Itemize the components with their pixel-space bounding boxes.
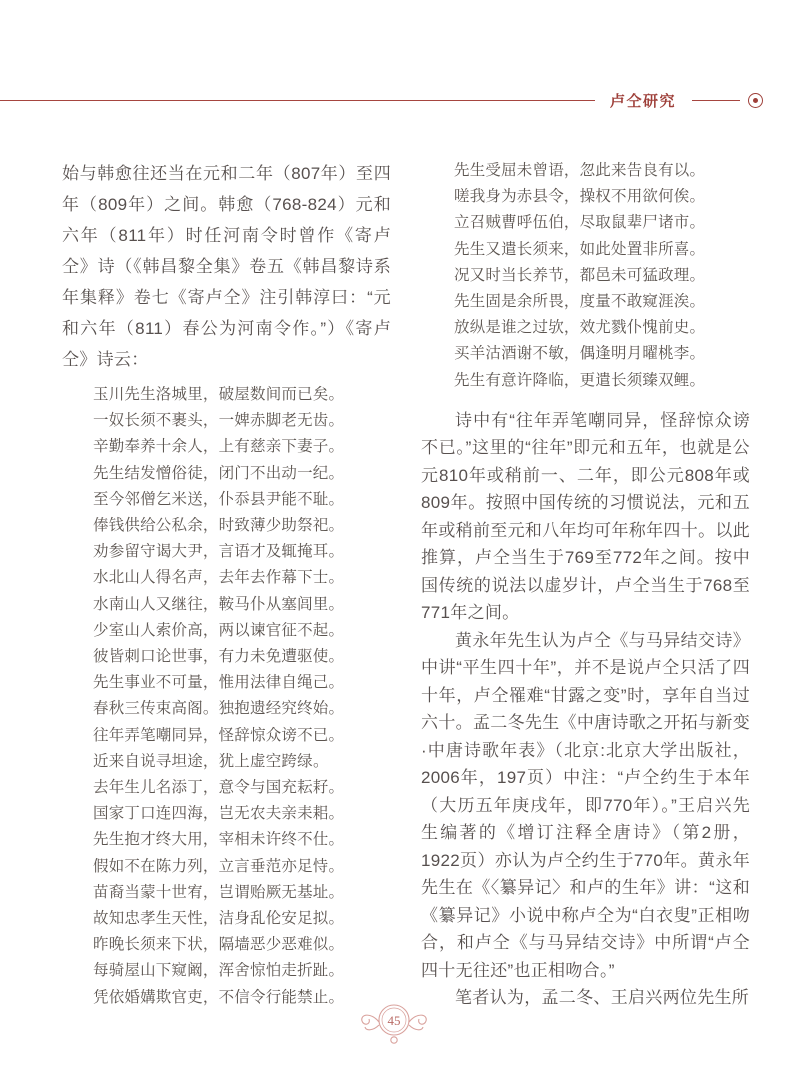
poem-line: 先生结发憎俗徒，闭门不出动一纪。 (93, 461, 391, 487)
poem-line: 至今邻僧乞米送，仆忝县尹能不耻。 (93, 487, 391, 513)
poem-line: 假如不在陈力列，立言垂范亦足恃。 (93, 854, 391, 880)
poem-line: 立召贼曹呼伍伯，尽取鼠辈尸诸市。 (454, 210, 750, 236)
poem-line: 先生固是余所畏，度量不敢窥涯涘。 (454, 289, 750, 315)
header-rule-long (0, 100, 595, 101)
poem-line: 玉川先生洛城里，破屋数间而已矣。 (93, 382, 391, 408)
poem-line: 水北山人得名声，去年去作幕下士。 (93, 565, 391, 591)
page-header: 卢仝研究 (0, 90, 788, 111)
poem-line: 先生抱才终大用，宰相未许终不仕。 (93, 827, 391, 853)
poem-right-block: 先生受屈未曾语，忽此来告良有以。 嗟我身为赤县令，操权不用欲何俟。 立召贼曹呼伍… (421, 158, 750, 394)
poem-line: 况又时当长养节，都邑未可猛政理。 (454, 263, 750, 289)
poem-line: 彼皆刺口论世事，有力未免遭驱使。 (93, 644, 391, 670)
poem-line: 先生又遣长须来，如此处置非所喜。 (454, 237, 750, 263)
poem-line: 去年生儿名添丁，意令与国充耘耔。 (93, 775, 391, 801)
page-number-ornament-icon: 45 (342, 998, 446, 1050)
right-column: 先生受屈未曾语，忽此来告良有以。 嗟我身为赤县令，操权不用欲何俟。 立召贼曹呼伍… (421, 158, 750, 1012)
poem-line: 先生事业不可量，惟用法律自绳己。 (93, 670, 391, 696)
poem-line: 每骑屋山下窥阚，浑舍惊怕走折趾。 (93, 958, 391, 984)
poem-line: 昨晚长须来下状，隔墙恶少恶难似。 (93, 932, 391, 958)
poem-line: 先生受屈未曾语，忽此来告良有以。 (454, 158, 750, 184)
poem-left-block: 玉川先生洛城里，破屋数间而已矣。 一奴长须不裹头，一婢赤脚老无齿。 辛勤奉养十余… (62, 382, 391, 1011)
poem-line: 买羊沽酒谢不敏，偶逢明月曜桃李。 (454, 341, 750, 367)
body-paragraph: 黄永年先生认为卢仝《与马异结交诗》中讲“平生四十年”，并不是说卢仝只活了四十年，… (421, 627, 750, 985)
poem-line: 俸钱供给公私余，时致薄少助祭祀。 (93, 513, 391, 539)
poem-line: 故知忠孝生天性，洁身乱伦安足拟。 (93, 906, 391, 932)
poem-line: 水南山人又继往，鞍马仆从塞闾里。 (93, 592, 391, 618)
running-head-title: 卢仝研究 (610, 90, 676, 111)
page-number: 45 (388, 1013, 401, 1028)
bullseye-icon (748, 93, 763, 108)
header-rule-short (692, 100, 740, 101)
poem-line: 先生有意许降临，更遣长须臻双鲤。 (454, 368, 750, 394)
body-paragraph: 诗中有“往年弄笔嘲同异，怪辞惊众谤不已。”这里的“往年”即元和五年，也就是公元8… (421, 407, 750, 627)
poem-line: 春秋三传束高阁。独抱遗经究终始。 (93, 696, 391, 722)
bullseye-icon-dot (753, 98, 758, 103)
poem-line: 少室山人索价高，两以谏官征不起。 (93, 618, 391, 644)
poem-line: 嗟我身为赤县令，操权不用欲何俟。 (454, 184, 750, 210)
poem-line: 苗裔当蒙十世宥，岂谓贻厥无基址。 (93, 880, 391, 906)
left-column: 始与韩愈往还当在元和二年（807年）至四年（809年）之间。韩愈（768-824… (62, 158, 391, 1012)
page-footer: 45 (0, 998, 788, 1050)
poem-line: 往年弄笔嘲同异，怪辞惊众谤不已。 (93, 723, 391, 749)
poem-line: 近来自说寻坦途，犹上虚空跨绿𫘣。 (93, 749, 391, 775)
poem-line: 一奴长须不裹头，一婢赤脚老无齿。 (93, 408, 391, 434)
intro-paragraph: 始与韩愈往还当在元和二年（807年）至四年（809年）之间。韩愈（768-824… (62, 158, 391, 375)
poem-line: 放纵是谁之过欤，效尤戮仆愧前史。 (454, 315, 750, 341)
poem-line: 国家丁口连四海，岂无农夫亲耒耜。 (93, 801, 391, 827)
poem-line: 辛勤奉养十余人，上有慈亲下妻子。 (93, 434, 391, 460)
text-columns: 始与韩愈往还当在元和二年（807年）至四年（809年）之间。韩愈（768-824… (62, 158, 750, 1012)
poem-line: 劝参留守谒大尹，言语才及辄掩耳。 (93, 539, 391, 565)
